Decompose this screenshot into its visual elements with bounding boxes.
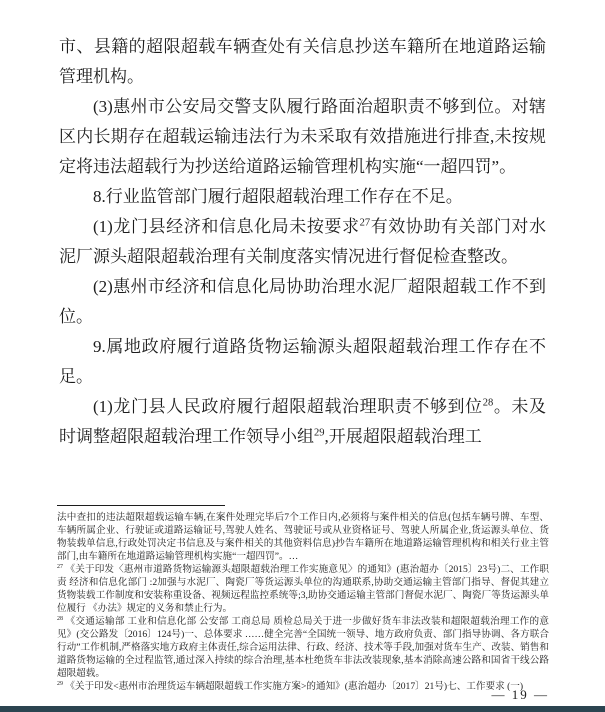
footnote-28: 28 《交通运输部 工业和信息化部 公安部 工商总局 质检总局关于进一步做好货车… (57, 615, 549, 680)
footnote-separator (57, 505, 225, 506)
footnote-27: 27 《关于印发〈惠州市道路货物运输源头超限超载治理工作实施意见〉的通知》(惠治… (57, 563, 549, 615)
body-paragraph: (2)惠州市经济和信息化局协助治理水泥厂超限超载工作不到位。 (59, 272, 546, 332)
body-paragraph: 8.行业监管部门履行超限超载治理工作存在不足。 (59, 182, 546, 212)
body-paragraph: 9.属地政府履行道路货物运输源头超限超载治理工作存在不足。 (59, 332, 546, 392)
body-paragraph: (1)龙门县人民政府履行超限超载治理职责不够到位28。未及时调整超限超载治理工作… (59, 392, 546, 452)
body-paragraph: (1)龙门县经济和信息化局未按要求27有效协助有关部门对水泥厂源头超限超载治理有… (59, 212, 546, 272)
footnotes-section: 法中查扣的违法超限超载运输车辆,在案件处理完毕后7个工作日内,必须将与案件相关的… (57, 505, 549, 693)
body-paragraph: 市、县籍的超限超载车辆查处有关信息抄送车籍所在地道路运输管理机构。 (59, 32, 546, 92)
footnote-continuation: 法中查扣的违法超限超载运输车辆,在案件处理完毕后7个工作日内,必须将与案件相关的… (57, 511, 549, 563)
document-page: 市、县籍的超限超载车辆查处有关信息抄送车籍所在地道路运输管理机构。 (3)惠州市… (0, 0, 605, 712)
body-text: 市、县籍的超限超载车辆查处有关信息抄送车籍所在地道路运输管理机构。 (3)惠州市… (59, 32, 546, 452)
body-paragraph: (3)惠州市公安局交警支队履行路面治超职责不够到位。对辖区内长期存在超载运输违法… (59, 92, 546, 182)
window-bottom-edge (0, 706, 605, 712)
footnote-29: 29 《关于印发<惠州市治理货运车辆超限超载工作实施方案>的通知》(惠治超办〔2… (57, 680, 549, 693)
page-number: — 19 — (492, 687, 550, 703)
